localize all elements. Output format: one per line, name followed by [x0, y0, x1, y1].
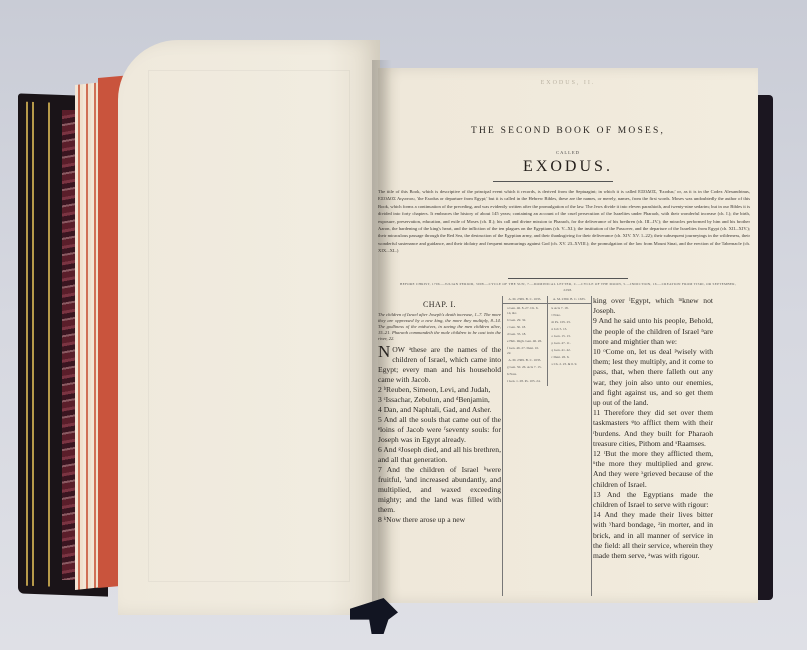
left-page: 61 [118, 40, 380, 615]
gilt-line [48, 102, 50, 586]
gilt-line [32, 102, 34, 586]
text-column-2: king over ˡEgypt, which ᵐknew not Joseph… [593, 296, 713, 561]
running-head: EXODUS, II. [378, 80, 758, 86]
book-introduction: The title of this Book, which is descrip… [378, 188, 750, 255]
ref-left-list: a Gen. 46. 8–27. Ch. 6. 14, &c. b Gen. 2… [503, 304, 547, 386]
title-rule [493, 181, 613, 182]
ref-date-header: A. M. 2369. B. C. 1635. [503, 296, 547, 303]
chapter-summary: The children of Israel after Joseph's de… [378, 312, 501, 342]
verse: 7 And the children of Israel ʰwere fruit… [378, 465, 501, 515]
verse: 3 ᶜIssachar, Zebulun, and ᵈBenjamin, [378, 395, 501, 405]
book-title-called: CALLED [378, 150, 758, 155]
book-title-exodus: EXODUS. [378, 158, 758, 176]
verse: 4 Dan, and Naphtali, Gad, and Asher. [378, 405, 501, 415]
verse: 2 ᵇReuben, Simeon, Levi, and Judah, [378, 385, 501, 395]
ref-date-header: A. M. 2369. B. C. 1635. [547, 296, 592, 303]
verse: 14 And they made their lives bitter with… [593, 510, 713, 561]
gutter-shadow [372, 60, 392, 605]
verse: 5 And all the souls that came out of the… [378, 415, 501, 445]
verse: 8 ᵏNow there arose up a new [378, 515, 501, 525]
cross-reference-column: A. M. 2369. B. C. 1635. A. M. 2369. B. C… [502, 296, 592, 596]
text-column-1: CHAP. I. The children of Israel after Jo… [378, 296, 501, 525]
ref-right-list: k Acts 7. 18. l Note. m Ps. 105. 25. n J… [547, 304, 592, 386]
right-page: EXODUS, II. THE SECOND BOOK OF MOSES, CA… [378, 68, 758, 603]
intro-rule [508, 278, 628, 279]
verse: king over ˡEgypt, which ᵐknew not Joseph… [593, 296, 713, 316]
verse: 6 And ᵍJoseph died, and all his brethren… [378, 445, 501, 465]
book-title-line1: THE SECOND BOOK OF MOSES, [378, 126, 758, 136]
verse: 12 ᵗBut the more they afflicted them, ᵘt… [593, 449, 713, 490]
verse: NOW ᵃthese are the names of the children… [378, 345, 501, 385]
page-show-through [148, 70, 350, 582]
chapter-heading: CHAP. I. [378, 300, 501, 309]
gilt-line [26, 102, 28, 586]
chronology-note: BEFORE CHRIST, 1706.—JULIAN PERIOD, 3008… [398, 282, 738, 293]
verse: 10 ᵒCome on, let us deal ᵖwisely with th… [593, 347, 713, 408]
verse: 13 And the Egyptians made the children o… [593, 490, 713, 510]
verse: 9 And he said unto his people, Behold, t… [593, 316, 713, 347]
verse: 11 Therefore they did set over them task… [593, 408, 713, 449]
